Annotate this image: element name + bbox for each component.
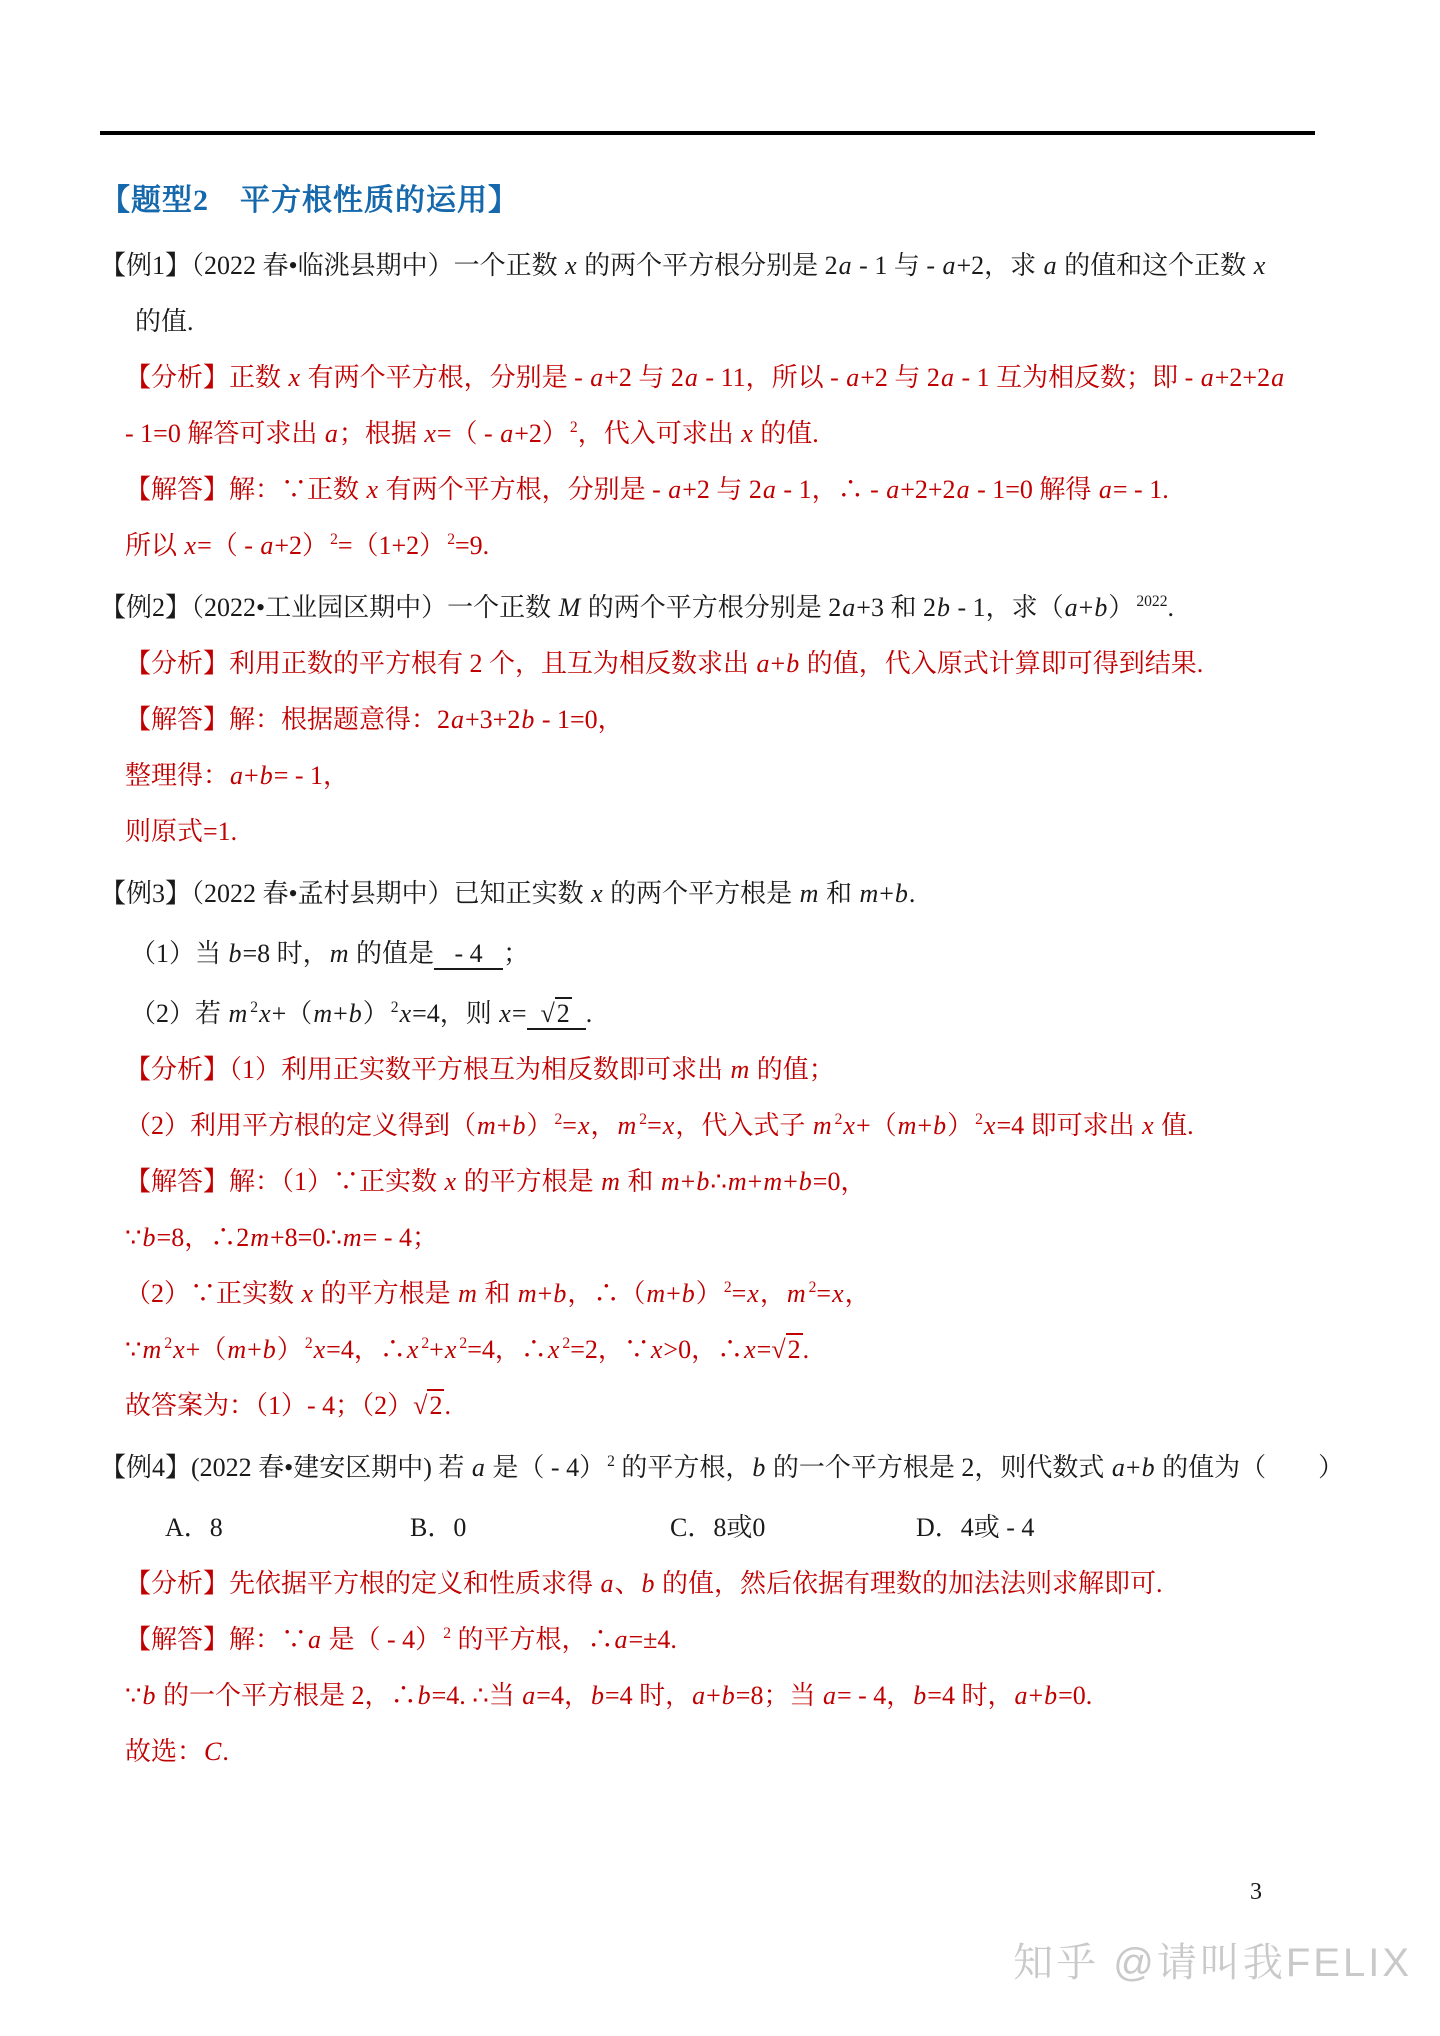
example-4-options: A．8B．0C．8或0D．4或 - 4 (165, 1511, 1315, 1545)
example-3-solution: 故答案为：（1）- 4；（2）√2. (125, 1389, 1315, 1423)
example-3-analysis: （2）利用平方根的定义得到（m+b）2=x，m2=x，代入式子 m2x+（m+b… (125, 1109, 1315, 1143)
answer-blank: √2 (527, 999, 586, 1030)
example-3-solution: ∵m2x+（m+b）2x=4，∴x2+x2=4，∴x2=2，∵x>0，∴x=√2… (125, 1333, 1315, 1367)
example-3-question: （1）当 b=8 时，m 的值是 - 4 ； (130, 937, 1315, 971)
top-divider-rule (100, 131, 1315, 135)
example-1-analysis: 【分析】正数 x 有两个平方根，分别是 - a+2 与 2a - 11，所以 -… (125, 361, 1315, 395)
example-4-solution: 【解答】解：∵a 是（ - 4）2 的平方根，∴a=±4. (125, 1623, 1315, 1657)
page-content: 【题型2 平方根性质的运用】 【例1】（2022 春•临洮县期中）一个正数 x … (100, 0, 1315, 1769)
worksheet-page: 【题型2 平方根性质的运用】 【例1】（2022 春•临洮县期中）一个正数 x … (0, 0, 1440, 2036)
example-2-solution: 整理得：a+b= - 1， (125, 759, 1315, 793)
option-c: C．8或0 (670, 1511, 916, 1545)
example-4-solution: ∵b 的一个平方根是 2，∴b=4. ∴当 a=4，b=4 时，a+b=8；当 … (125, 1679, 1315, 1713)
example-3-solution: （2）∵正实数 x 的平方根是 m 和 m+b，∴（m+b）2=x，m2=x， (125, 1277, 1315, 1311)
sqrt-expression: √2 (771, 1333, 802, 1364)
page-number: 3 (1250, 1878, 1262, 1906)
example-3-analysis: 【分析】（1）利用正实数平方根互为相反数即可求出 m 的值； (125, 1053, 1315, 1087)
option-d: D．4或 - 4 (916, 1511, 1034, 1545)
sqrt-expression: √2 (541, 997, 572, 1028)
answer-blank: - 4 (434, 939, 503, 970)
example-3-solution: 【解答】解：（1）∵正实数 x 的平方根是 m 和 m+b∴m+m+b=0， (125, 1165, 1315, 1199)
example-2-solution: 【解答】解：根据题意得：2a+3+2b - 1=0， (125, 703, 1315, 737)
option-b: B．0 (410, 1511, 670, 1545)
example-3-question: （2）若 m2x+（m+b）2x=4，则 x=√2. (130, 997, 1315, 1031)
example-2-analysis: 【分析】利用正数的平方根有 2 个，且互为相反数求出 a+b 的值，代入原式计算… (125, 647, 1315, 681)
sqrt-expression: √2 (413, 1389, 444, 1420)
example-2-solution: 则原式=1. (125, 815, 1315, 849)
example-1-analysis: - 1=0 解答可求出 a；根据 x=（ - a+2）2，代入可求出 x 的值. (125, 417, 1315, 451)
example-1-solution: 所以 x=（ - a+2）2=（1+2）2=9. (125, 529, 1315, 563)
example-3-title: 【例3】（2022 春•孟村县期中）已知正实数 x 的两个平方根是 m 和 m+… (100, 877, 1315, 911)
content-lines: 【例1】（2022 春•临洮县期中）一个正数 x 的两个平方根分别是 2a - … (100, 249, 1315, 1769)
example-3-solution: ∵b=8，∴2m+8=0∴m= - 4； (125, 1221, 1315, 1255)
example-4-analysis: 【分析】先依据平方根的定义和性质求得 a、b 的值，然后依据有理数的加法法则求解… (125, 1567, 1315, 1601)
example-4-title: 【例4】(2022 春•建安区期中) 若 a 是（ - 4）2 的平方根，b 的… (100, 1451, 1315, 1485)
example-4-solution: 故选：C. (125, 1735, 1315, 1769)
example-1-title: 的值. (135, 305, 1315, 339)
watermark: 知乎 @请叫我FELIX (1013, 1940, 1412, 1986)
example-1-title: 【例1】（2022 春•临洮县期中）一个正数 x 的两个平方根分别是 2a - … (100, 249, 1315, 283)
option-a: A．8 (165, 1511, 410, 1545)
example-2-title: 【例2】（2022•工业园区期中）一个正数 M 的两个平方根分别是 2a+3 和… (100, 591, 1315, 625)
section-heading: 【题型2 平方根性质的运用】 (100, 181, 1315, 221)
example-1-solution: 【解答】解：∵正数 x 有两个平方根，分别是 - a+2 与 2a - 1，∴ … (125, 473, 1315, 507)
